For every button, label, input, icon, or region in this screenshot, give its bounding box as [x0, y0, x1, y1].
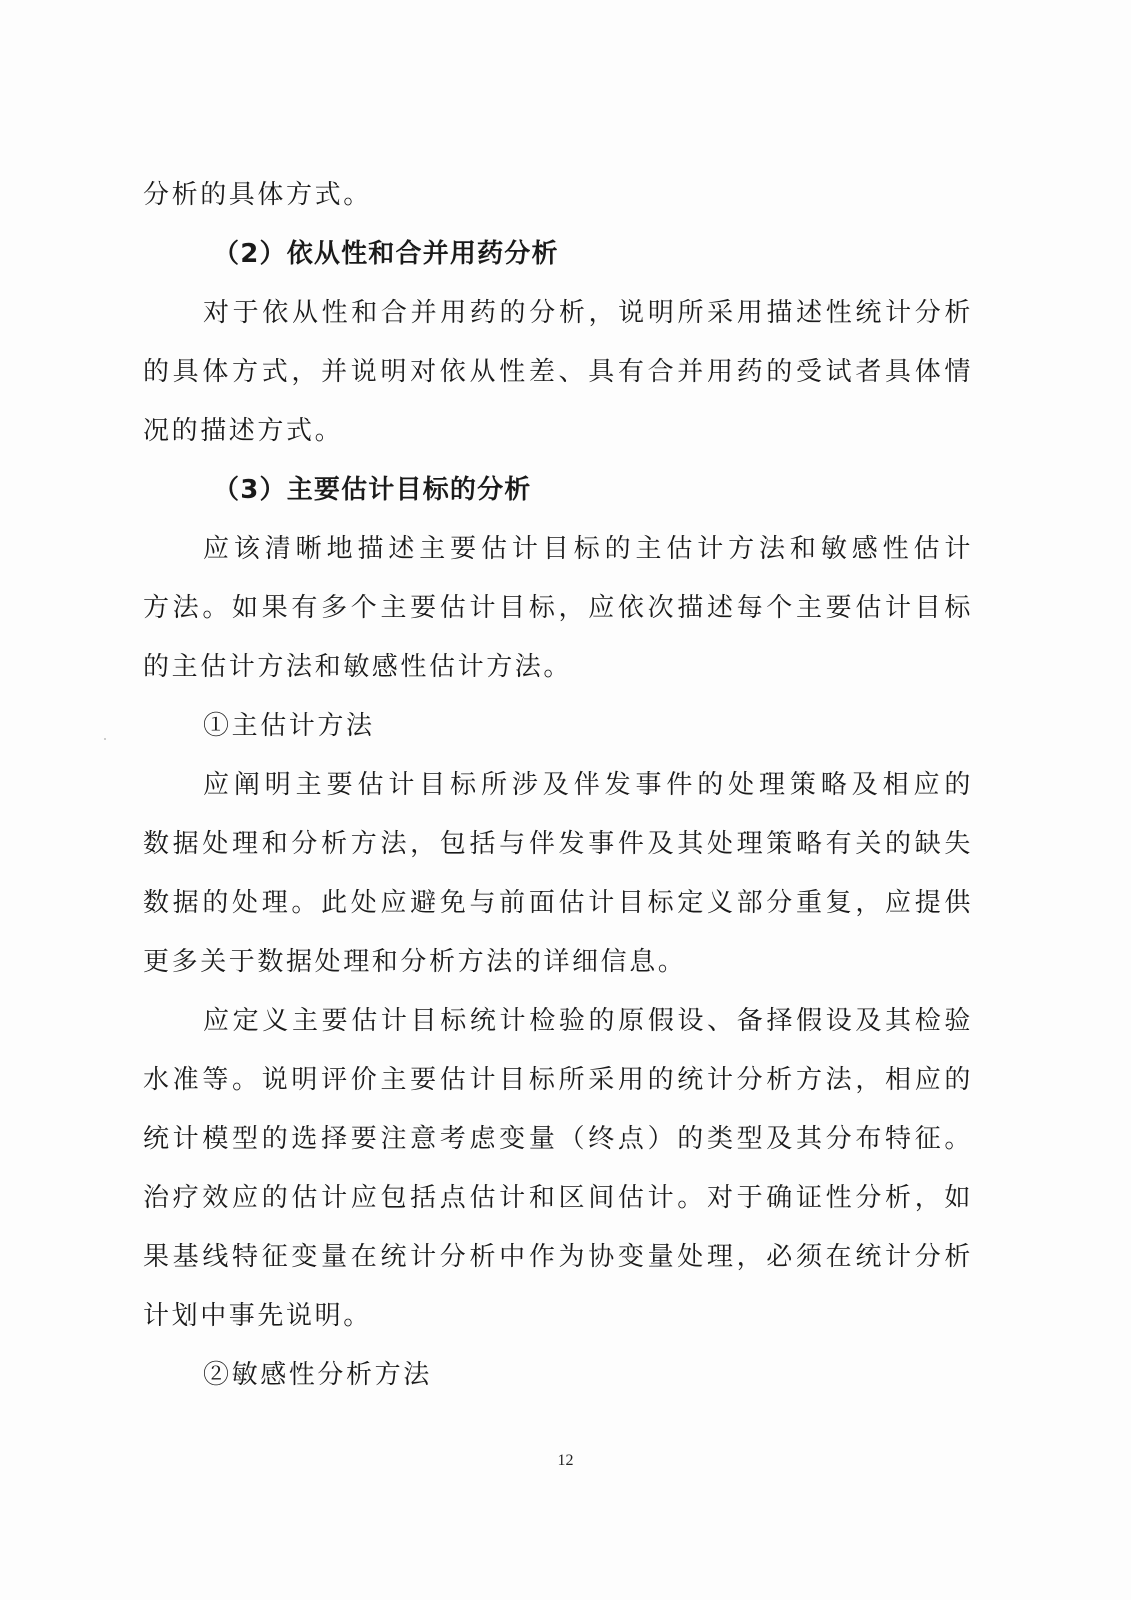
section-heading-primary-estimand: （3）主要估计目标的分析: [213, 473, 1043, 507]
paragraph-hypothesis-line: 果基线特征变量在统计分析中作为协变量处理，必须在统计分析: [143, 1240, 973, 1274]
paragraph-hypothesis-line: 治疗效应的估计应包括点估计和区间估计。对于确证性分析，如: [143, 1181, 973, 1215]
paragraph-estimand-line: 的主估计方法和敏感性估计方法。: [143, 650, 973, 684]
scan-artifact: [104, 738, 106, 740]
paragraph-hypothesis-line: 应定义主要估计目标统计检验的原假设、备择假设及其检验: [203, 1004, 973, 1038]
paragraph-continuation: 分析的具体方式。: [143, 178, 973, 212]
subheading-sensitivity-analysis: ②敏感性分析方法: [203, 1358, 1033, 1392]
paragraph-estimand-line: 应该清晰地描述主要估计目标的主估计方法和敏感性估计: [203, 532, 973, 566]
paragraph-hypothesis-line: 水准等。说明评价主要估计目标所采用的统计分析方法，相应的: [143, 1063, 973, 1097]
paragraph-compliance-line: 况的描述方式。: [143, 414, 973, 448]
paragraph-main-estimator-line: 数据的处理。此处应避免与前面估计目标定义部分重复，应提供: [143, 886, 973, 920]
paragraph-estimand-line: 方法。如果有多个主要估计目标，应依次描述每个主要估计目标: [143, 591, 973, 625]
page-number: 12: [0, 1452, 1131, 1470]
paragraph-hypothesis-line: 统计模型的选择要注意考虑变量（终点）的类型及其分布特征。: [143, 1122, 973, 1156]
paragraph-main-estimator-line: 应阐明主要估计目标所涉及伴发事件的处理策略及相应的: [203, 768, 973, 802]
document-page: 分析的具体方式。 （2）依从性和合并用药分析 对于依从性和合并用药的分析，说明所…: [0, 0, 1131, 1600]
paragraph-main-estimator-line: 数据处理和分析方法，包括与伴发事件及其处理策略有关的缺失: [143, 827, 973, 861]
subheading-main-estimator: ①主估计方法: [203, 709, 1033, 743]
paragraph-compliance-line: 的具体方式，并说明对依从性差、具有合并用药的受试者具体情: [143, 355, 973, 389]
section-heading-compliance-concomitant: （2）依从性和合并用药分析: [213, 237, 1043, 271]
paragraph-hypothesis-line: 计划中事先说明。: [143, 1299, 973, 1333]
paragraph-main-estimator-line: 更多关于数据处理和分析方法的详细信息。: [143, 945, 973, 979]
paragraph-compliance-line: 对于依从性和合并用药的分析，说明所采用描述性统计分析: [203, 296, 973, 330]
